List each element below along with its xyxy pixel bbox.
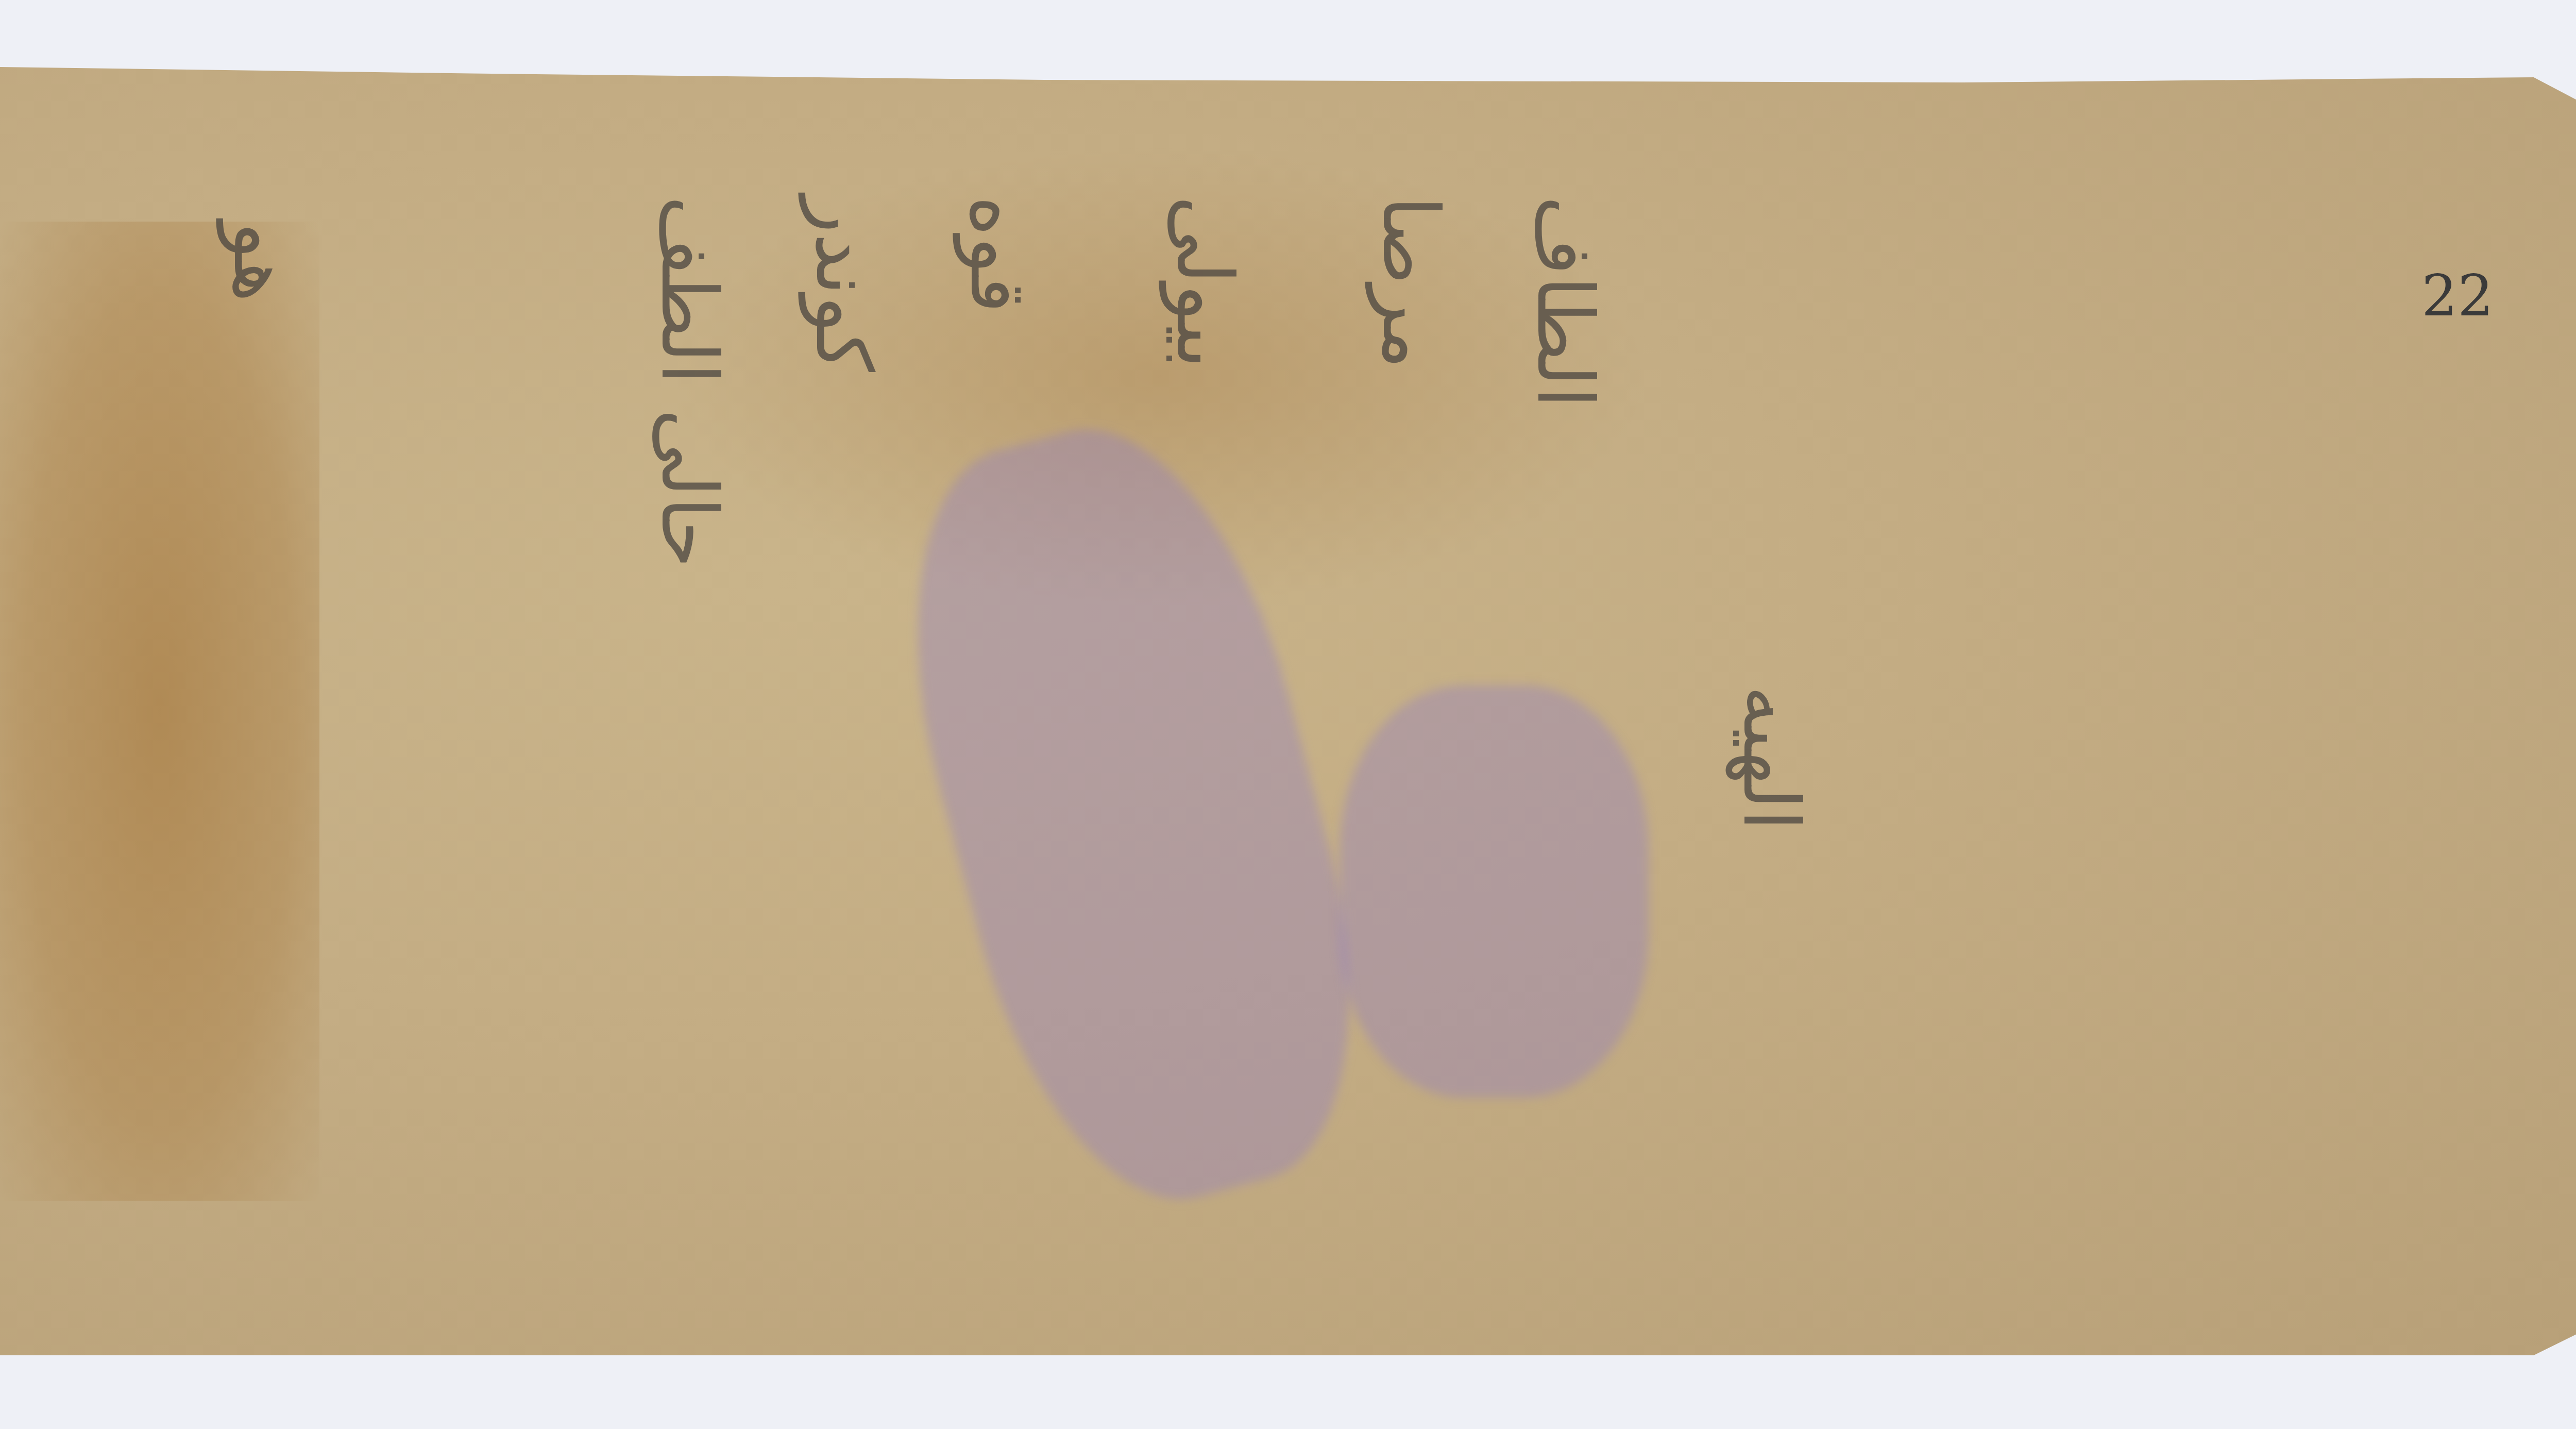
text-line: الطاف [1520, 196, 1609, 408]
water-stain [0, 222, 319, 1201]
manuscript-page: هو حالی الطف کوندر قوه بیولی مرصا الطاف … [0, 67, 2576, 1355]
purple-pencil-mark-2 [1340, 685, 1649, 1098]
text-line: حالی الطف [644, 196, 734, 568]
text-line: هو [216, 222, 306, 302]
text-line: مرصا [1365, 196, 1455, 369]
page-number: 22 [2421, 263, 2494, 329]
text-line: قوه [953, 196, 1043, 313]
text-line: بیولی [1159, 196, 1249, 368]
text-line: کوندر [799, 196, 888, 372]
text-line: الهیه [1726, 685, 1816, 831]
